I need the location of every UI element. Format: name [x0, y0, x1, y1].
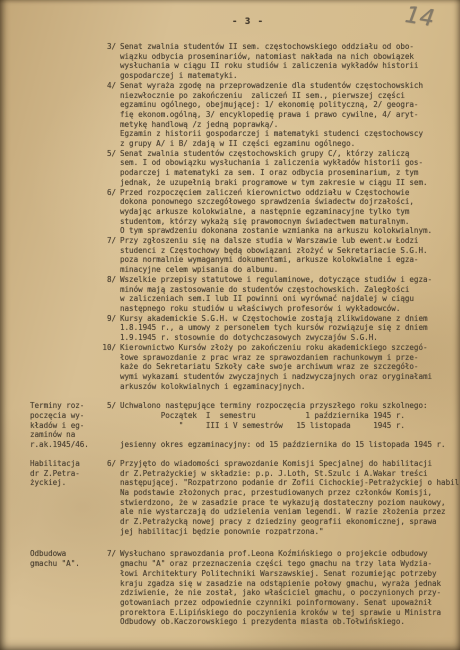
item-number: 5/ [96, 149, 120, 159]
document-item: 7/Przy zgłoszeniu się na dalsze studia w… [96, 236, 454, 275]
item-text: Senat zwalnia studentów częstochowskich … [120, 149, 428, 188]
item-number: 9/ [96, 314, 120, 324]
document-item: 5/Uchwalono następujące terminy rozpoczę… [96, 401, 454, 450]
item-text: Wysłuchano sprawozdania prof.Leona Koźmi… [120, 549, 441, 627]
item-number: 7/ [96, 236, 120, 246]
item-number: 10/ [96, 343, 120, 353]
document-item: 6/Przyjęto do wiadomości sprawozdanie Ko… [96, 459, 454, 537]
item-text: Kierownictwo Kursów złoży po zakończeniu… [120, 343, 432, 392]
document-item: 10/Kierownictwo Kursów złoży po zakończe… [96, 343, 454, 392]
section-items: 5/Uchwalono następujące terminy rozpoczę… [96, 401, 454, 450]
item-number: 8/ [96, 275, 120, 285]
item-number: 4/ [96, 81, 120, 91]
item-text: Kursy akademickie S.G.H. w Częstochowie … [120, 314, 428, 343]
document-item: 8/Wszelkie przepisy statutowe i regulami… [96, 275, 454, 314]
item-text: Senat zwalnia studentów II sem. częstoch… [120, 42, 418, 81]
item-number: 3/ [96, 42, 120, 52]
item-text: Wszelkie przepisy statutowe i regulamino… [120, 275, 432, 314]
page-number: - 3 - [232, 17, 264, 27]
document-item: 4/Senat wyraża zgodę na przeprowadzenie … [96, 81, 454, 149]
item-text: Przyjęto do wiadomości sprawozdanie Komi… [120, 459, 460, 537]
document-item: 9/Kursy akademickie S.G.H. w Częstochowi… [96, 314, 454, 343]
item-text: Przed rozpoczęciem zaliczeń kierownictwo… [120, 188, 432, 237]
margin-note: Habilitacja dr Z.Petra- życkiej. [30, 459, 96, 488]
item-number: 6/ [96, 459, 120, 469]
section-items: 7/Wysłuchano sprawozdania prof.Leona Koź… [96, 549, 454, 627]
item-number: 5/ [96, 401, 120, 411]
document-body: 3/Senat zwalnia studentów II sem. często… [30, 42, 454, 627]
section-items: 6/Przyjęto do wiadomości sprawozdanie Ko… [96, 459, 454, 537]
item-text: Przy zgłoszeniu się na dalsze studia w W… [120, 236, 428, 275]
document-item: 7/Wysłuchano sprawozdania prof.Leona Koź… [96, 549, 454, 627]
document-item: 5/Senat zwalnia studentów częstochowskic… [96, 149, 454, 188]
item-number: 7/ [96, 549, 120, 559]
margin-note: Odbudowa gmachu "A". [30, 549, 96, 568]
item-text: Uchwalono następujące terminy rozpoczęci… [120, 401, 446, 450]
document-section: 3/Senat zwalnia studentów II sem. często… [30, 42, 454, 391]
document-page: { "paper": { "page_number": "- 3 -", "ha… [0, 0, 460, 650]
document-section: Habilitacja dr Z.Petra- życkiej.6/Przyję… [30, 459, 454, 537]
item-number: 6/ [96, 188, 120, 198]
handwritten-page-number: 14 [403, 2, 436, 32]
document-item: 3/Senat zwalnia studentów II sem. często… [96, 42, 454, 81]
item-text: Senat wyraża zgodę na przeprowadzenie dl… [120, 81, 423, 149]
document-item: 6/Przed rozpoczęciem zaliczeń kierownict… [96, 188, 454, 237]
document-section: Odbudowa gmachu "A".7/Wysłuchano sprawoz… [30, 549, 454, 627]
section-items: 3/Senat zwalnia studentów II sem. często… [96, 42, 454, 391]
margin-note: Terminy roz- poczęcia wy- kładów i eg- z… [30, 401, 96, 450]
document-section: Terminy roz- poczęcia wy- kładów i eg- z… [30, 401, 454, 450]
